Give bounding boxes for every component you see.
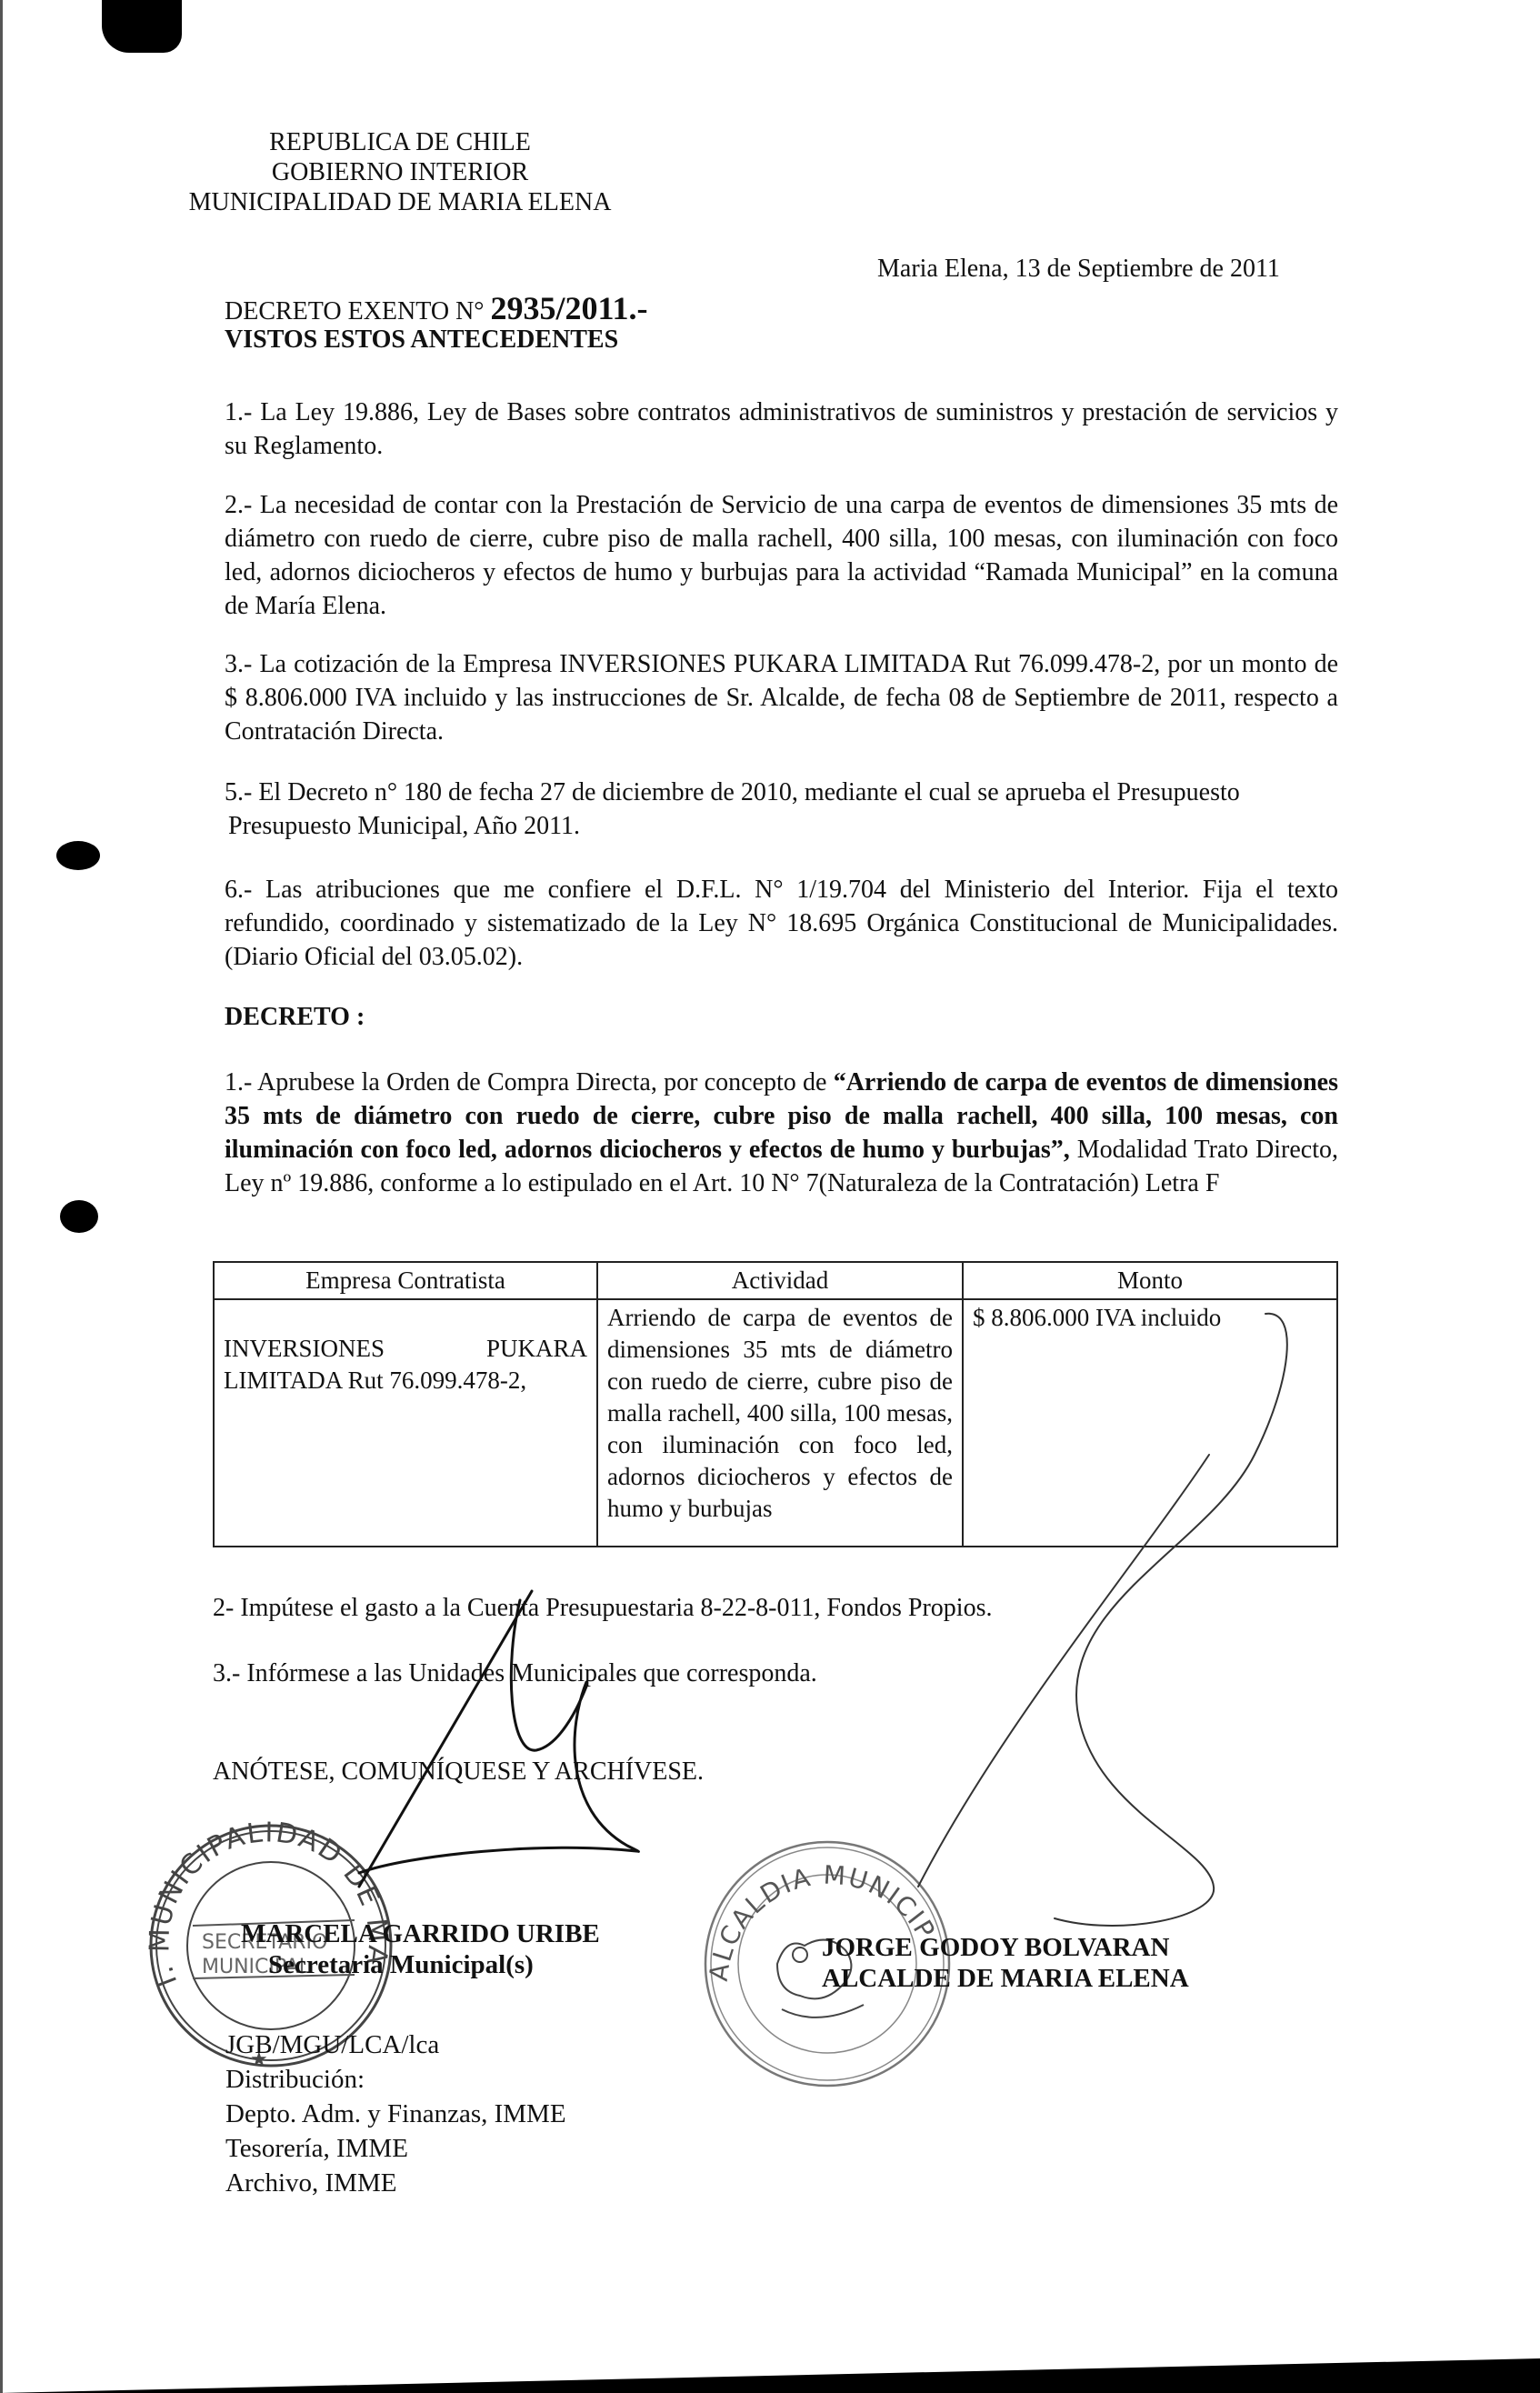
- mayor-title: ALCALDE DE MARIA ELENA: [822, 1963, 1189, 1994]
- secretary-name: MARCELA GARRIDO URIBE: [241, 1918, 600, 1949]
- distribution-item: Archivo, IMME: [225, 2166, 566, 2200]
- distribution-item: Tesorería, IMME: [225, 2131, 566, 2166]
- distribution-block: JGB/MGU/LCA/lca Distribución: Depto. Adm…: [225, 2028, 566, 2200]
- signature-secretary: MARCELA GARRIDO URIBE Secretaria Municip…: [241, 1918, 600, 1980]
- distribution-label: Distribución:: [225, 2062, 566, 2097]
- distribution-item: Depto. Adm. y Finanzas, IMME: [225, 2097, 566, 2131]
- mayor-name: JORGE GODOY BOLVARAN: [822, 1932, 1189, 1963]
- initials: JGB/MGU/LCA/lca: [225, 2028, 566, 2062]
- scanned-document: REPUBLICA DE CHILE GOBIERNO INTERIOR MUN…: [0, 0, 1540, 2393]
- signature-mayor: JORGE GODOY BOLVARAN ALCALDE DE MARIA EL…: [822, 1932, 1189, 1994]
- secretary-title: Secretaria Municipal(s): [268, 1949, 600, 1980]
